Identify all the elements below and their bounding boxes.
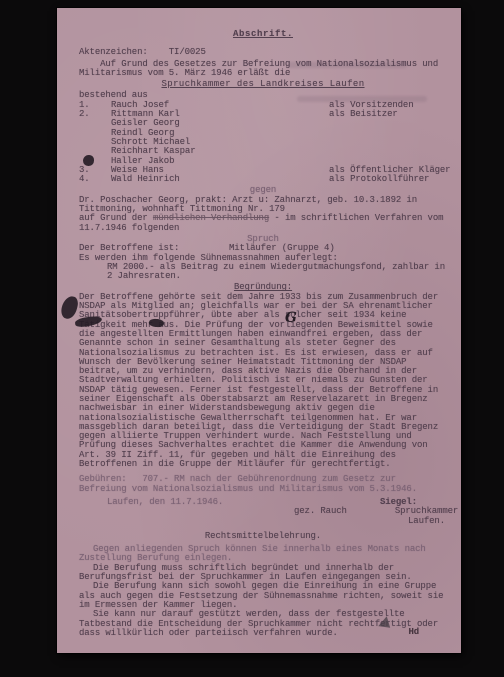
appeal-paragraph: Die Berufung muss schriftlich begründet …: [79, 564, 447, 583]
case-number-label: Aktenzeichen:: [79, 47, 148, 57]
member-name: Wald Heinrich: [111, 175, 329, 184]
ink-blot: [59, 295, 79, 321]
member-role: als Protokollführer: [329, 175, 447, 184]
member-number: [79, 147, 111, 156]
member-row: 4.Wald Heinrichals Protokollführer: [79, 175, 447, 184]
member-role: als Beisitzer: [329, 110, 447, 119]
date-seal-line: Laufen, den 11.7.1946. Siegel:: [79, 498, 447, 507]
appeal-paragraph: Gegen anliegenden Spruch können Sie inne…: [79, 545, 447, 564]
member-role: [329, 138, 447, 147]
struck-text: mündlichen Verhandlung: [153, 213, 269, 223]
fees-paragraph: Gebühren: 707.- RM nach der Gebührenordn…: [79, 475, 447, 494]
member-role: [329, 147, 447, 156]
page-mark: Hd: [408, 628, 419, 637]
member-role: [329, 119, 447, 128]
scan-background: Abschrift. Aktenzeichen: TI/0025 Auf Gru…: [0, 0, 504, 677]
sanctions-detail: RM 2000.- als Beitrag zu einem Wiedergut…: [107, 263, 447, 282]
document-page: Abschrift. Aktenzeichen: TI/0025 Auf Gru…: [57, 8, 461, 653]
title-text: Abschrift.: [233, 29, 293, 39]
signature-name: gez. Rauch: [294, 507, 347, 526]
member-number: 4.: [79, 175, 111, 184]
legal-basis-paragraph: auf Grund der mündlichen Verhandlung - i…: [79, 214, 447, 233]
seal-authority-line2: Laufen.: [395, 517, 458, 526]
signature-line: gez. Rauch Spruchkammer Laufen.: [79, 507, 447, 526]
document-title: Abschrift.: [79, 30, 447, 39]
smudge-mark: [378, 615, 391, 628]
member-number: 2.: [79, 110, 111, 119]
reasons-body: Der Betroffene gehörte seit dem Jahre 19…: [79, 293, 447, 470]
ink-blot: [149, 318, 165, 327]
member-role: [329, 129, 447, 138]
appeal-paragraph: Die Berufung kann sich sowohl gegen die …: [79, 582, 447, 610]
appeal-heading: Rechtsmittelbelehrung.: [79, 532, 447, 541]
seal-authority: Spruchkammer Laufen.: [395, 507, 458, 526]
place-date: Laufen, den 11.7.1946.: [107, 498, 223, 507]
defendant-paragraph: Dr. Poschacher Georg, prakt: Arzt u: Zah…: [79, 196, 447, 215]
ink-ghost-mark: [287, 62, 407, 68]
handwritten-correction: G: [285, 314, 297, 323]
appeal-paragraph: Sie kann nur darauf gestützt werden, das…: [79, 610, 447, 638]
member-number: [79, 119, 111, 128]
member-number: [79, 138, 111, 147]
ink-ghost-mark: [297, 96, 427, 102]
chamber-heading: Spruchkammer des Landkreises Laufen: [79, 80, 447, 89]
member-number: [79, 129, 111, 138]
case-number-line: Aktenzeichen: TI/0025: [79, 48, 447, 57]
chamber-name: Spruchkammer des Landkreises Laufen: [161, 79, 364, 89]
reasons-heading: Begründung:: [234, 282, 292, 292]
case-number-value: TI/0025: [169, 47, 206, 57]
members-list: 1.Rauch Josefals Vorsitzenden 2.Rittmann…: [79, 101, 447, 185]
ink-blot: [83, 155, 94, 166]
